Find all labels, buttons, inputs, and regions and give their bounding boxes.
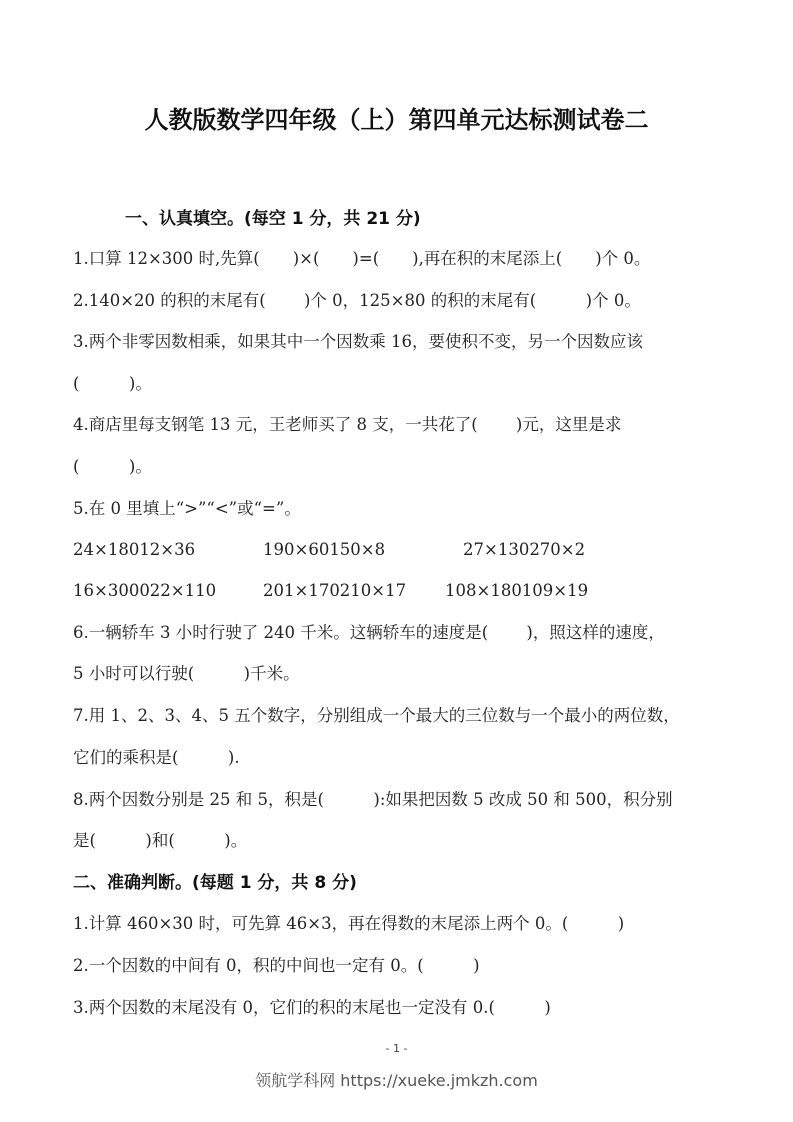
question-1-2: 2.140×20 的积的末尾有( )个 0，125×80 的积的末尾有( )个 …: [73, 289, 641, 313]
question-1-4: 4.商店里每支钢笔 13 元，王老师买了 8 支，一共花了( )元，这里是求: [73, 413, 621, 437]
question-1-4-continued: ( )。: [73, 455, 152, 479]
comparison-item: 201×170210×17: [263, 579, 406, 603]
question-1-3: 3.两个非零因数相乘，如果其中一个因数乘 16，要使积不变，另一个因数应该: [73, 330, 643, 354]
question-1-8-continued: 是( )和( )。: [73, 829, 247, 853]
question-1-8: 8.两个因数分别是 25 和 5，积是( ):如果把因数 5 改成 50 和 5…: [73, 788, 673, 812]
question-2-3: 3.两个因数的末尾没有 0，它们的积的末尾也一定没有 0.( ): [73, 996, 551, 1020]
question-2-1: 1.计算 460×30 时，可先算 46×3，再在得数的末尾添上两个 0。( ): [73, 912, 624, 936]
comparison-item: 24×18012×36: [73, 538, 195, 562]
question-2-2: 2.一个因数的中间有 0，积的中间也一定有 0。( ): [73, 954, 480, 978]
watermark-link[interactable]: 领航学科网 https://xueke.jmkzh.com: [0, 1068, 793, 1091]
question-1-6-continued: 5 小时可以行驶( )千米。: [73, 662, 300, 686]
question-1-6: 6.一辆轿车 3 小时行驶了 240 千米。这辆轿车的速度是( )，照这样的速度…: [73, 621, 665, 645]
comparison-item: 27×130270×2: [463, 538, 585, 562]
comparison-item: 16×300022×110: [73, 579, 216, 603]
section-heading-fill-in: 一、认真填空。(每空 1 分，共 21 分): [125, 207, 421, 231]
question-1-1: 1.口算 12×300 时,先算( )×( )=( ),再在积的末尾添上( )个…: [73, 247, 650, 271]
section-heading-judgment: 二、准确判断。(每题 1 分，共 8 分): [73, 871, 357, 895]
question-1-7-continued: 它们的乘积是( ).: [73, 746, 240, 770]
question-1-5: 5.在 0 里填上“>”“<”或“=”。: [73, 497, 301, 521]
question-1-7: 7.用 1、2、3、4、5 五个数字，分别组成一个最大的三位数与一个最小的两位数…: [73, 704, 680, 728]
comparison-item: 108×180109×19: [445, 579, 588, 603]
page-title: 人教版数学四年级（上）第四单元达标测试卷二: [0, 100, 793, 135]
comparison-item: 190×60150×8: [263, 538, 385, 562]
question-1-3-continued: ( )。: [73, 372, 152, 396]
page-number: - 1 -: [0, 1042, 793, 1055]
